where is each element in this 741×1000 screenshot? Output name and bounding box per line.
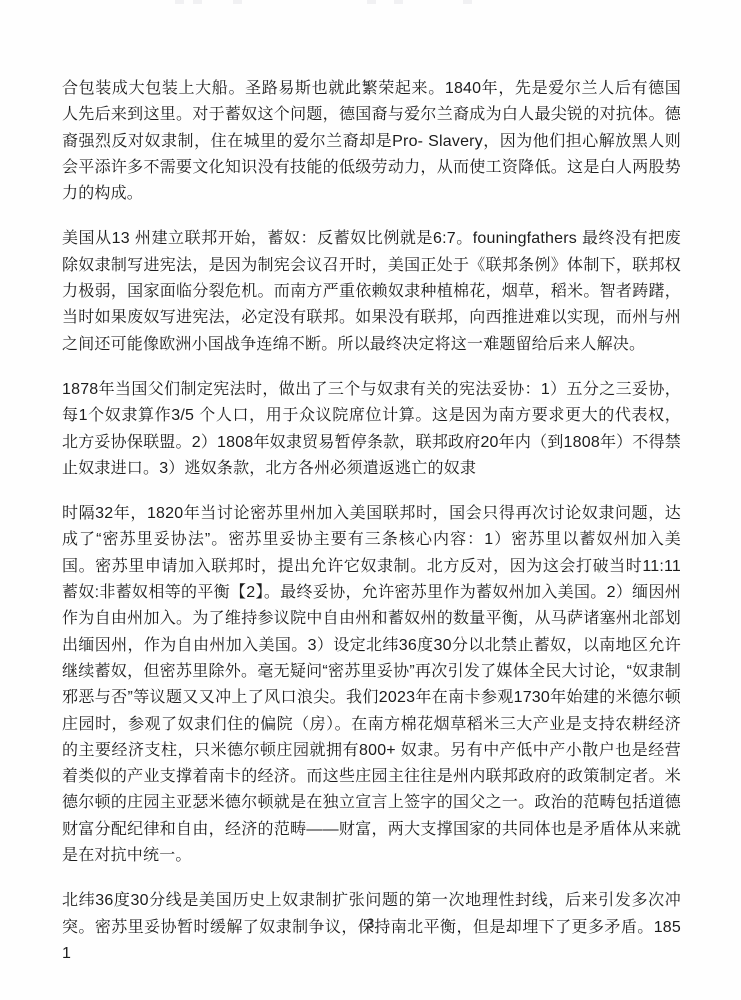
- artifact-mark: [175, 0, 184, 4]
- paragraph-3: 1878年当国父们制定宪法时，做出了三个与奴隶有关的宪法妥协：1）五分之三妥协，…: [62, 377, 681, 482]
- paragraph-2: 美国从13 州建立联邦开始，蓄奴：反蓄奴比例就是6:7。founingfathe…: [62, 226, 681, 357]
- paragraph-4: 时隔32年，1820年当讨论密苏里州加入美国联邦时，国会只得再次讨论奴隶问题，达…: [62, 501, 681, 869]
- document-body: 合包装成大包装上大船。圣路易斯也就此繁荣起来。1840年，先是爱尔兰人后有德国人…: [62, 76, 681, 967]
- artifact-mark: [367, 0, 376, 4]
- artifact-mark: [394, 0, 403, 4]
- paragraph-1: 合包装成大包装上大船。圣路易斯也就此繁荣起来。1840年，先是爱尔兰人后有德国人…: [62, 76, 681, 207]
- artifact-mark: [233, 0, 242, 4]
- artifact-mark: [463, 0, 472, 4]
- document-page: 合包装成大包装上大船。圣路易斯也就此繁荣起来。1840年，先是爱尔兰人后有德国人…: [0, 0, 741, 1000]
- page-number: 3: [0, 916, 741, 931]
- top-edge-cutoff-text-artifact: [0, 0, 741, 6]
- artifact-mark: [193, 0, 202, 4]
